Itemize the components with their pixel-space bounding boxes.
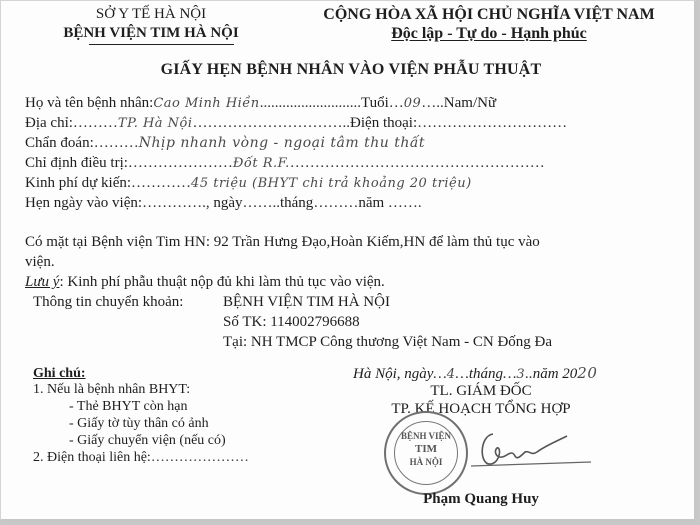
note-label: Lưu ý xyxy=(25,274,59,290)
sex-label: Nam/Nữ xyxy=(444,95,496,111)
diagnosis-line: Chẩn đoán:………Nhịp nhanh vòng - ngoại tâm… xyxy=(25,133,425,153)
date-year-suffix: 20 xyxy=(577,364,597,382)
treatment-label: Chỉ định điều trị: xyxy=(25,155,128,171)
hospital-name: BỆNH VIỆN TIM HÀ NỘI xyxy=(41,24,261,43)
appointment-year-label: năm xyxy=(358,195,384,211)
appointment-line: Hẹn ngày vào viện:…………., ngày……..tháng……… xyxy=(25,193,422,213)
national-header: CỘNG HÒA XÃ HỘI CHỦ NGHĨA VIỆT NAM Độc l… xyxy=(299,5,679,43)
stamp-line-3: HÀ NỘI xyxy=(395,456,457,469)
signer-name: Phạm Quang Huy xyxy=(381,491,581,508)
treatment-line: Chỉ định điều trị:…………………Đốt R.F.…………………… xyxy=(25,153,545,174)
handwritten-signature-icon xyxy=(471,426,601,486)
national-motto: Độc lập - Tự do - Hạnh phúc xyxy=(299,24,679,43)
diagnosis-value: Nhịp nhanh vòng - ngoại tâm thu thất xyxy=(139,135,425,151)
diagnosis-label: Chẩn đoán: xyxy=(25,135,94,151)
date-month: 3 xyxy=(516,367,525,382)
address-line: Địa chỉ:………TP. Hà Nội…………………………..Điện th… xyxy=(25,113,567,134)
note-text: : Kinh phí phẫu thuật nộp đủ khi làm thủ… xyxy=(59,274,384,290)
transfer-beneficiary: BỆNH VIỆN TIM HÀ NỘI xyxy=(223,292,390,312)
patient-name-line: Họ và tên bệnh nhân:Cao Minh Hiền.......… xyxy=(25,93,496,114)
cost-label: Kinh phí dự kiến: xyxy=(25,175,131,191)
country-name: CỘNG HÒA XÃ HỘI CHỦ NGHĨA VIỆT NAM xyxy=(299,5,679,24)
remarks-item-2: 2. Điện thoại liên hệ:………………… xyxy=(33,449,249,466)
header-underline xyxy=(89,44,234,45)
transfer-label: Thông tin chuyển khoản: xyxy=(33,292,183,312)
signer-title-1: TL. GIÁM ĐỐC xyxy=(381,383,581,400)
contact-phone-label: 2. Điện thoại liên hệ: xyxy=(33,450,151,465)
hospital-stamp: BỆNH VIỆN TIM HÀ NỘI xyxy=(384,411,468,495)
cost-line: Kinh phí dự kiến:…………45 triệu (BHYT chi … xyxy=(25,173,472,194)
remarks-subitem: - Giấy tờ tùy thân có ảnh xyxy=(69,415,209,432)
remarks-subitem: - Giấy chuyển viện (nếu có) xyxy=(69,432,226,449)
patient-name-value: Cao Minh Hiền xyxy=(153,96,259,111)
stamp-line-2: TIM xyxy=(395,443,457,456)
appointment-document: SỞ Y TẾ HÀ NỘI BỆNH VIỆN TIM HÀ NỘI CỘNG… xyxy=(0,0,697,522)
transfer-account: Số TK: 114002796688 xyxy=(223,312,360,332)
phone-label: Điện thoại: xyxy=(350,115,417,131)
remarks-subitem: - Thẻ BHYT còn hạn xyxy=(69,398,187,415)
department-name: SỞ Y TẾ HÀ NỘI xyxy=(41,5,261,24)
remarks-title: Ghi chú: xyxy=(33,365,86,382)
transfer-bank: Tại: NH TMCP Công thương Việt Nam - CN Đ… xyxy=(223,332,552,352)
appointment-month-label: tháng xyxy=(280,195,313,211)
treatment-value: Đốt R.F. xyxy=(233,156,290,171)
address-label: Địa chỉ: xyxy=(25,115,73,131)
age-value: 09 xyxy=(404,96,422,111)
date-day: 4 xyxy=(447,367,456,382)
signing-date: Hà Nội, ngày…4…tháng…3..năm 2020 xyxy=(353,363,597,385)
date-year-label: năm 20 xyxy=(533,366,578,382)
remarks-item-1: 1. Nếu là bệnh nhân BHYT: xyxy=(33,381,190,398)
patient-name-label: Họ và tên bệnh nhân: xyxy=(25,95,153,111)
date-month-label: tháng xyxy=(469,366,503,382)
presence-instruction: Có mặt tại Bệnh viện Tim HN: 92 Trần Hưn… xyxy=(25,232,540,252)
address-value: TP. Hà Nội xyxy=(118,116,193,131)
date-prefix: Hà Nội, ngày xyxy=(353,366,433,382)
document-title: GIẤY HẸN BỆNH NHÂN VÀO VIỆN PHẪU THUẬT xyxy=(1,61,700,79)
age-label: Tuổi xyxy=(361,95,389,111)
appointment-day-label: ngày xyxy=(213,195,242,211)
cost-value: 45 triệu (BHYT chi trả khoảng 20 triệu) xyxy=(191,176,472,191)
appointment-label: Hẹn ngày vào viện: xyxy=(25,195,142,211)
presence-instruction-cont: viện. xyxy=(25,252,55,272)
stamp-line-1: BỆNH VIỆN xyxy=(395,430,457,443)
note-line: Lưu ý: Kinh phí phẫu thuật nộp đủ khi là… xyxy=(25,272,385,292)
issuer-header: SỞ Y TẾ HÀ NỘI BỆNH VIỆN TIM HÀ NỘI xyxy=(41,5,261,43)
